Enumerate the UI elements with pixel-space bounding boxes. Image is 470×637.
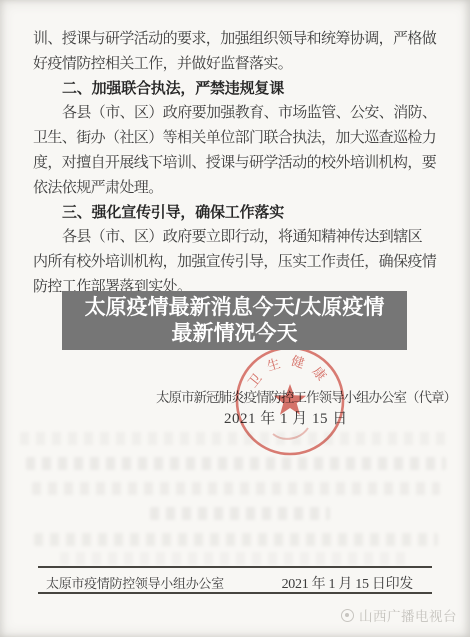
bleed-through-smudge bbox=[150, 507, 330, 520]
footer-rule-top bbox=[38, 566, 432, 568]
bleed-through-smudge bbox=[32, 482, 440, 495]
body-line: 内所有校外培训机构，加强宣传引导，压实工作责任，确保疫情 bbox=[33, 250, 439, 275]
document-body: 训、授课与研学活动的要求，加强组织领导和统筹协调，严格做 好疫情防控相关工作，并… bbox=[33, 27, 439, 300]
body-line: 依法依规严肃处理。 bbox=[33, 176, 439, 201]
body-line: 各县（市、区）政府要加强教育、市场监管、公安、消防、 bbox=[33, 101, 439, 126]
tv-station-watermark: 山西广播电视台 bbox=[341, 605, 457, 625]
headline-line-2: 最新情况今天 bbox=[62, 321, 407, 347]
seal-star-icon bbox=[274, 384, 306, 415]
bleed-through-smudge bbox=[60, 552, 410, 565]
shanxi-tv-logo-icon bbox=[341, 609, 354, 622]
body-line: 度，对擅自开展线下培训、授课与研学活动的校外培训机构，要 bbox=[33, 151, 439, 176]
section-heading: 三、强化宣传引导，确保工作落实 bbox=[33, 201, 439, 226]
body-line: 训、授课与研学活动的要求，加强组织领导和统筹协调，严格做 bbox=[33, 27, 439, 52]
footer-print-date: 2021 年 1 月 15 日印发 bbox=[282, 573, 413, 593]
body-line: 好疫情防控相关工作，并做好监督落实。 bbox=[33, 52, 439, 77]
body-line: 各县（市、区）政府要立即行动，将通知精神传达到辖区 bbox=[33, 225, 439, 250]
scanned-notice-page: 训、授课与研学活动的要求，加强组织领导和统筹协调，严格做 好疫情防控相关工作，并… bbox=[0, 0, 470, 637]
seal-smudge-mark bbox=[273, 428, 308, 439]
watermark-text: 山西广播电视台 bbox=[359, 605, 457, 625]
footer-issuer: 太原市疫情防控领导小组办公室 bbox=[46, 573, 224, 592]
headline-overlay-banner: 太原疫情最新消息今天/太原疫情 最新情况今天 bbox=[62, 291, 407, 350]
footer-rule-bottom bbox=[38, 592, 432, 594]
section-heading: 二、加强联合执法，严禁违规复课 bbox=[33, 77, 439, 102]
bleed-through-smudge bbox=[34, 533, 438, 546]
body-line: 卫生、街办（社区）等相关单位部门联合执法，加大巡查巡检力 bbox=[33, 126, 439, 151]
official-seal-stamp: 卫生健康 bbox=[231, 341, 349, 459]
headline-line-1: 太原疫情最新消息今天/太原疫情 bbox=[62, 295, 407, 321]
